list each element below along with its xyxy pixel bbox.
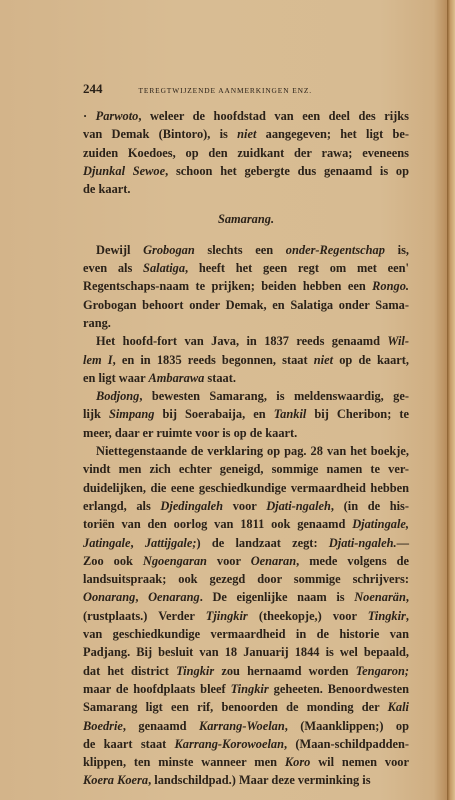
italic-term: Djati-ngaleh. <box>329 536 397 550</box>
text-run: geheeten. Benoordwesten <box>269 682 409 696</box>
text-run: Samarang ligt een rif, benoorden de mond… <box>83 700 388 714</box>
italic-term: Bodjong <box>96 389 139 403</box>
paragraph-grobogan: Dewijl Grobogan slechts een onder-Regent… <box>83 241 409 332</box>
text-run: , landschildpad.) Maar deze verminking i… <box>148 773 370 787</box>
text-line: landsuitspraak; ook gezegd door sommige … <box>83 570 409 588</box>
text-run: staat. <box>204 371 236 385</box>
italic-term: Karrang-Korowoelan <box>175 737 284 751</box>
italic-term: Tjingkir <box>206 609 248 623</box>
italic-term: Tingkir <box>368 609 406 623</box>
text-line: Jatingale, Jattijgale;) de landzaat zegt… <box>83 534 409 552</box>
italic-term: Djatingale, <box>352 517 409 531</box>
text-run: , (in de his- <box>331 499 409 513</box>
text-line: Padjang. Bij besluit van 18 Januarij 184… <box>83 643 409 661</box>
italic-term: Grobogan <box>143 243 195 257</box>
italic-term: Oenaran <box>251 554 296 568</box>
text-line: dat het district Tingkir zou hernaamd wo… <box>83 662 409 680</box>
text-run: (rustplaats.) Verder <box>83 609 206 623</box>
text-line: Koera Koera, landschildpad.) Maar deze v… <box>83 771 409 789</box>
text-line: lijk Simpang bij Soerabaija, en Tankil b… <box>83 405 409 423</box>
italic-term: Salatiga <box>143 261 185 275</box>
italic-term: Oonarang <box>83 590 135 604</box>
running-title: TEREGTWIJZENDE AANMERKINGEN ENZ. <box>139 86 313 95</box>
text-run: (theekopje,) voor <box>248 609 368 623</box>
text-run: Regentschaps-naam te prijken; beiden heb… <box>83 279 372 293</box>
text-line: (rustplaats.) Verder Tjingkir (theekopje… <box>83 607 409 625</box>
text-run: , genaamd <box>123 719 199 733</box>
text-run: , <box>131 536 145 550</box>
text-run: van Demak (Bintoro), is <box>83 127 237 141</box>
text-line: Boedrie, genaamd Karrang-Woelan, (Maankl… <box>83 717 409 735</box>
text-line: maar de hoofdplaats bleef Tingkir geheet… <box>83 680 409 698</box>
text-run: wil nemen voor <box>310 755 409 769</box>
text-run: duidelijken, die eene geschiedkundige ve… <box>83 481 409 495</box>
italic-term: Tengaron; <box>356 664 409 678</box>
text-line: meer, daar er ruimte voor is op de kaart… <box>83 424 409 442</box>
text-line: zuiden Koedoes, op den zuidkant der rawa… <box>83 144 409 162</box>
italic-term: Karrang-Woelan <box>199 719 285 733</box>
page-edge <box>447 0 455 800</box>
body-text: · Parwoto, weleer de hoofdstad van een d… <box>83 107 409 790</box>
text-line: duidelijken, die eene geschiedkundige ve… <box>83 479 409 497</box>
text-run: , (Maan-schildpadden- <box>284 737 409 751</box>
text-run: , <box>135 590 148 604</box>
italic-term: Jatingale <box>83 536 131 550</box>
text-line: Grobogan behoort onder Demak, en Salatig… <box>83 296 409 314</box>
text-line: Bodjong, bewesten Samarang, is meldenswa… <box>83 387 409 405</box>
text-line: vindt men zich echter geneigd, sommige n… <box>83 460 409 478</box>
text-run: Grobogan behoort onder Demak, en Salatig… <box>83 298 409 312</box>
paragraph-hoofd-fort: Het hoofd-fort van Java, in 1837 reeds g… <box>83 332 409 387</box>
text-run: even als <box>83 261 143 275</box>
text-run: , weleer de hoofdstad van een deel des r… <box>138 109 409 123</box>
italic-term: Ambarawa <box>149 371 205 385</box>
text-run: bij Soerabaija, en <box>154 407 273 421</box>
italic-term: Koro <box>285 755 310 769</box>
italic-term: Rongo. <box>372 279 409 293</box>
text-run: rang. <box>83 316 111 330</box>
text-run: is, <box>385 243 409 257</box>
text-line: Oonarang, Oenarang. De eigenlijke naam i… <box>83 588 409 606</box>
text-run: , <box>406 590 409 604</box>
text-run: dat het district <box>83 664 176 678</box>
text-line: de kaart. <box>83 180 409 198</box>
text-run: meer, daar er ruimte voor is op de kaart… <box>83 426 297 440</box>
page-number: 244 <box>83 81 103 97</box>
italic-term: Ngoengaran <box>143 554 207 568</box>
text-run: , <box>406 609 409 623</box>
text-run: aangegeven; het ligt be- <box>256 127 409 141</box>
text-run: , schoon het gebergte dus genaamd is op <box>165 164 409 178</box>
text-line: even als Salatiga, heeft het geen regt o… <box>83 259 409 277</box>
italic-term: Tankil <box>274 407 307 421</box>
text-run: Padjang. Bij besluit van 18 Januarij 184… <box>83 645 409 659</box>
text-run: en ligt waar <box>83 371 149 385</box>
italic-term: Oenarang <box>148 590 200 604</box>
text-run: voor <box>207 554 251 568</box>
text-run: · <box>83 109 96 123</box>
text-line: lem I, en in 1835 reeds begonnen, staat … <box>83 351 409 369</box>
italic-term: niet <box>237 127 256 141</box>
text-line: Samarang ligt een rif, benoorden de mond… <box>83 698 409 716</box>
text-line: Regentschaps-naam te prijken; beiden heb… <box>83 277 409 295</box>
italic-term: niet <box>314 353 333 367</box>
section-heading: Samarang. <box>83 210 409 228</box>
italic-term: Noenarän <box>354 590 406 604</box>
text-line: de kaart staat Karrang-Korowoelan, (Maan… <box>83 735 409 753</box>
text-run: de kaart staat <box>83 737 175 751</box>
italic-term: Parwoto <box>96 109 139 123</box>
text-run: zou hernaamd worden <box>214 664 356 678</box>
italic-term: onder-Regentschap <box>286 243 385 257</box>
text-line: van Demak (Bintoro), is niet aangegeven;… <box>83 125 409 143</box>
text-run: . De eigenlijke naam is <box>200 590 355 604</box>
text-run: lijk <box>83 407 109 421</box>
text-run: de kaart. <box>83 182 131 196</box>
italic-term: Koera Koera <box>83 773 148 787</box>
italic-term: Boedrie <box>83 719 123 733</box>
text-run: maar de hoofdplaats bleef <box>83 682 231 696</box>
italic-term: Tingkir <box>231 682 269 696</box>
text-line: Niettegenstaande de verklaring op pag. 2… <box>83 442 409 460</box>
text-line: en ligt waar Ambarawa staat. <box>83 369 409 387</box>
paragraph-bodjong: Bodjong, bewesten Samarang, is meldenswa… <box>83 387 409 442</box>
text-run: zuiden Koedoes, op den zuidkant der rawa… <box>83 146 409 160</box>
text-run: slechts een <box>195 243 286 257</box>
text-run: Het hoofd-fort van Java, in 1837 reeds g… <box>96 334 387 348</box>
text-run: erlangd, als <box>83 499 160 513</box>
text-run: landsuitspraak; ook gezegd door sommige … <box>83 572 409 586</box>
text-run: voor <box>223 499 266 513</box>
text-run: , (Maanklippen;) op <box>285 719 409 733</box>
text-run: Dewijl <box>96 243 143 257</box>
text-run: op de kaart, <box>333 353 409 367</box>
text-run: toriën van den oorlog van 1811 ook genaa… <box>83 517 352 531</box>
text-run: , heeft het geen regt om met een' <box>185 261 409 275</box>
italic-term: Tingkir <box>176 664 214 678</box>
text-line: · Parwoto, weleer de hoofdstad van een d… <box>83 107 409 125</box>
text-line: Het hoofd-fort van Java, in 1837 reeds g… <box>83 332 409 350</box>
paragraph-parwoto: · Parwoto, weleer de hoofdstad van een d… <box>83 107 409 198</box>
text-run: , bewesten Samarang, is meldenswaardig, … <box>139 389 409 403</box>
text-line: Zoo ook Ngoengaran voor Oenaran, mede vo… <box>83 552 409 570</box>
text-line: toriën van den oorlog van 1811 ook genaa… <box>83 515 409 533</box>
text-run: — <box>397 536 409 550</box>
text-line: klippen, ten minste wanneer men Koro wil… <box>83 753 409 771</box>
text-line: Djunkal Sewoe, schoon het gebergte dus g… <box>83 162 409 180</box>
italic-term: Djunkal Sewoe <box>83 164 165 178</box>
text-run: Zoo ook <box>83 554 143 568</box>
text-line: Dewijl Grobogan slechts een onder-Regent… <box>83 241 409 259</box>
text-run: vindt men zich echter geneigd, sommige n… <box>83 462 409 476</box>
italic-term: Jattijgale; <box>145 536 197 550</box>
italic-term: Simpang <box>109 407 154 421</box>
italic-term: Djati-ngaleh <box>266 499 331 513</box>
text-run: bij Cheribon; te <box>306 407 409 421</box>
text-line: rang. <box>83 314 409 332</box>
italic-term: Wil- <box>387 334 409 348</box>
text-line: erlangd, als Djedingaleh voor Djati-ngal… <box>83 497 409 515</box>
paragraph-niettegenstaande: Niettegenstaande de verklaring op pag. 2… <box>83 442 409 790</box>
text-run: Niettegenstaande de verklaring op pag. 2… <box>96 444 409 458</box>
italic-term: lem I <box>83 353 113 367</box>
page-header: 244 TEREGTWIJZENDE AANMERKINGEN ENZ. <box>83 81 409 97</box>
text-run: klippen, ten minste wanneer men <box>83 755 285 769</box>
italic-term: Djedingaleh <box>160 499 223 513</box>
italic-term: Kali <box>388 700 409 714</box>
text-run: ) de landzaat zegt: <box>196 536 328 550</box>
text-line: van geschiedkundige vermaardheid in de h… <box>83 625 409 643</box>
text-run: , mede volgens de <box>296 554 409 568</box>
text-run: , en in 1835 reeds begonnen, staat <box>113 353 314 367</box>
text-run: van geschiedkundige vermaardheid in de h… <box>83 627 409 641</box>
